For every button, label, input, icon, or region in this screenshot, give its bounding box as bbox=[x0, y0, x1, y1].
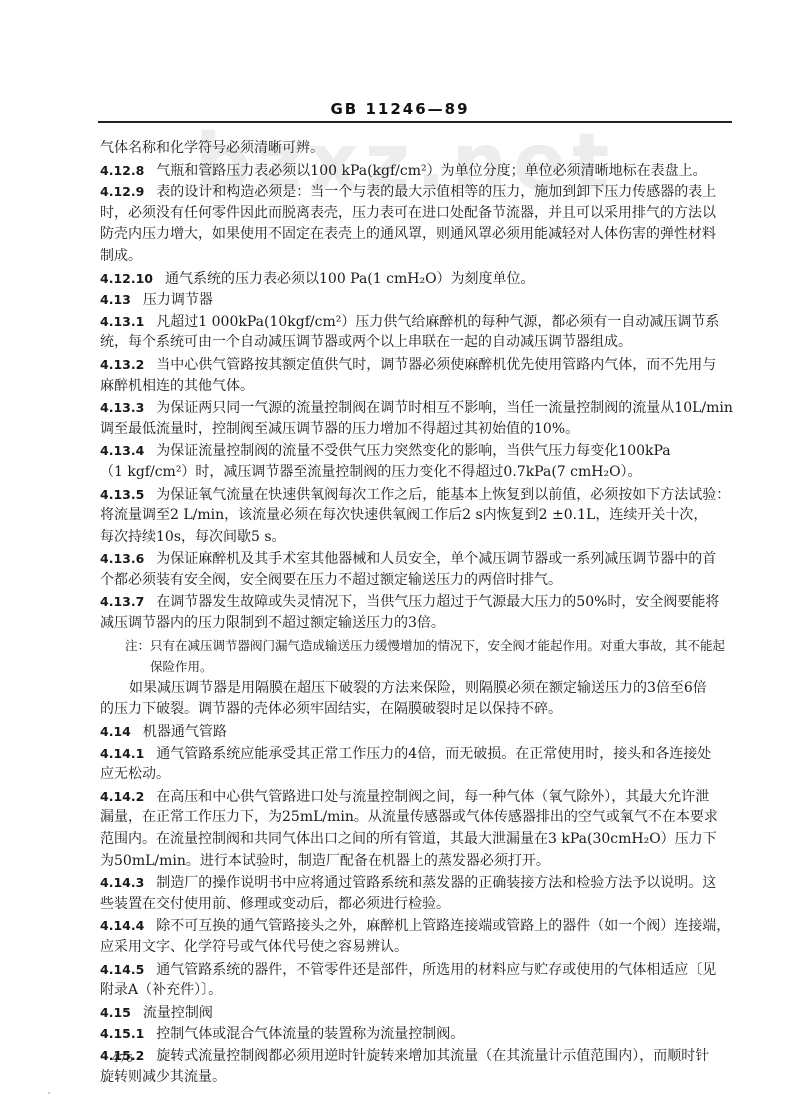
line-text: 制造厂的操作说明书中应将通过管路系统和蒸发器的正确装接方法和检验方法予以说明。这 bbox=[156, 875, 716, 891]
line-text: 除不可互换的通气管路接头之外，麻醉机上管路连接端或管路上的器件（如一个阀）连接端… bbox=[156, 918, 730, 934]
line-text: 调至最低流量时，控制阀至减压调节器的压力增加不得超过其初始值的10%。 bbox=[100, 421, 579, 437]
clause-number: 4.15.1 bbox=[100, 1023, 144, 1045]
text-line: 注：只有在减压调节器阀门漏气造成输送压力缓慢增加的情况下，安全阀才能起作用。对重… bbox=[100, 635, 728, 657]
clause-number: 4.14.1 bbox=[100, 743, 144, 765]
line-text: （1 kgf/cm²）时，减压调节器至流量控制阀的压力变化不得超过0.7kPa(… bbox=[100, 464, 642, 480]
clause-number: 4.13.6 bbox=[100, 548, 144, 570]
text-line: 防壳内压力增大，如果使用不固定在表壳上的通风罩，则通风罩必须用能减轻对人体伤害的… bbox=[100, 224, 728, 246]
scan-speck bbox=[48, 1092, 50, 1094]
line-text: 制成。 bbox=[100, 248, 142, 264]
standard-code-header: GB 11246—89 bbox=[0, 100, 800, 118]
clause-line: 4.14.3制造厂的操作说明书中应将通过管路系统和蒸发器的正确装接方法和检验方法… bbox=[100, 872, 728, 894]
text-line: 个都必须装有安全阀，安全阀要在压力不超过额定输送压力的两倍时排气。 bbox=[100, 570, 728, 592]
line-text: 通气系统的压力表必须以100 Pa(1 cmH₂O）为刻度单位。 bbox=[165, 271, 535, 287]
clause-number: 4.13.5 bbox=[100, 484, 144, 506]
line-text: 旋转则减少其流量。 bbox=[100, 1069, 226, 1085]
clause-line: 4.15流量控制阀 bbox=[100, 1002, 728, 1024]
line-text: 气瓶和管路压力表必须以100 kPa(kgf/cm²）为单位分度；单位必须清晰地… bbox=[156, 163, 706, 179]
clause-number: 4.14.5 bbox=[100, 959, 144, 981]
clause-line: 4.15.1控制气体或混合气体流量的装置称为流量控制阀。 bbox=[100, 1023, 728, 1045]
text-line: （1 kgf/cm²）时，减压调节器至流量控制阀的压力变化不得超过0.7kPa(… bbox=[100, 462, 728, 484]
clause-number: 4.12.8 bbox=[100, 160, 144, 182]
text-line: 每次持续10s，每次间歇5 s。 bbox=[100, 527, 728, 549]
clause-line: 4.14.5通气管路系统的器件，不管零件还是部件，所选用的材料应与贮存或使用的气… bbox=[100, 959, 728, 981]
line-text: 机器通气管路 bbox=[143, 724, 227, 740]
line-text: 保险作用。 bbox=[150, 659, 213, 674]
line-text: 表的设计和构造必须是：当一个与表的最大示值相等的压力，施加到卸下压力传感器的表上 bbox=[156, 184, 716, 200]
clause-line: 4.14.2在高压和中心供气管路进口处与流量控制阀之间，每一种气体（氧气除外），… bbox=[100, 786, 728, 808]
line-text: 流量控制阀 bbox=[143, 1005, 213, 1021]
line-text: 为保证流量控制阀的流量不受供气压力突然变化的影响，当供气压力每变化100kPa bbox=[156, 443, 670, 459]
text-line: 时，必须没有任何零件因此而脱离表壳，压力表可在进口处配备节流器，并且可以采用排气… bbox=[100, 203, 728, 225]
line-text: 时，必须没有任何零件因此而脱离表壳，压力表可在进口处配备节流器，并且可以采用排气… bbox=[100, 205, 716, 221]
clause-line: 4.12.9表的设计和构造必须是：当一个与表的最大示值相等的压力，施加到卸下压力… bbox=[100, 181, 728, 203]
clause-number: 4.13.7 bbox=[100, 591, 144, 613]
line-text: 压力调节器 bbox=[143, 292, 213, 308]
text-line: 麻醉机相连的其他气体。 bbox=[100, 376, 728, 398]
clause-line: 4.13.7在调节器发生故障或失灵情况下，当供气压力超过于气源最大压力的50%时… bbox=[100, 591, 728, 613]
text-line: 为50mL/min。进行本试验时，制造厂配备在机器上的蒸发器必须打开。 bbox=[100, 851, 728, 873]
line-text: 旋转式流量控制阀都必须用逆时针旋转来增加其流量（在其流量计示值范围内），而顺时针 bbox=[156, 1048, 709, 1064]
clause-number: 4.12.10 bbox=[100, 268, 153, 290]
line-text: 统，每个系统可由一个自动减压调节器或两个以上串联在一起的自动减压调节器组成。 bbox=[100, 334, 632, 350]
clause-line: 4.13.1凡超过1 000kPa(10kgf/cm²）压力供气给麻醉机的每种气… bbox=[100, 311, 728, 333]
line-text: 麻醉机相连的其他气体。 bbox=[100, 378, 254, 394]
line-text: 控制气体或混合气体流量的装置称为流量控制阀。 bbox=[156, 1026, 464, 1042]
line-text: 漏量，在正常工作压力下，为25mL/min。从流量传感器或气体传感器排出的空气或… bbox=[100, 809, 718, 825]
line-text: 气体名称和化学符号必须清晰可辨。 bbox=[100, 140, 324, 156]
clause-line: 4.13.2当中心供气管路按其额定值供气时，调节器必须使麻醉机优先使用管路内气体… bbox=[100, 354, 728, 376]
clause-line: 4.14机器通气管路 bbox=[100, 721, 728, 743]
clause-number: 4.13.3 bbox=[100, 397, 144, 419]
text-line: 漏量，在正常工作压力下，为25mL/min。从流量传感器或气体传感器排出的空气或… bbox=[100, 807, 728, 829]
header-rule bbox=[98, 121, 732, 123]
text-line: 些装置在交付使用前、修理或变动后，都必须进行检验。 bbox=[100, 894, 728, 916]
clause-line: 4.13.5为保证氧气流量在快速供氧阀每次工作之后，能基本上恢复到以前值，必须按… bbox=[100, 484, 728, 506]
clause-number: 4.13.4 bbox=[100, 440, 144, 462]
line-text: 些装置在交付使用前、修理或变动后，都必须进行检验。 bbox=[100, 896, 450, 912]
text-line: 气体名称和化学符号必须清晰可辨。 bbox=[100, 138, 728, 160]
line-text: 为保证两只同一气源的流量控制阀在调节时相互不影响，当任一流量控制阀的流量从10L… bbox=[156, 400, 733, 416]
clause-line: 4.13压力调节器 bbox=[100, 289, 728, 311]
text-line: 附录A（补充件）〕。 bbox=[100, 980, 728, 1002]
clause-number: 4.14.3 bbox=[100, 872, 144, 894]
clause-line: 4.12.10通气系统的压力表必须以100 Pa(1 cmH₂O）为刻度单位。 bbox=[100, 268, 728, 290]
line-text: 通气管路系统应能承受其正常工作压力的4倍，而无破损。在正常使用时，接头和各连接处 bbox=[156, 746, 711, 762]
text-line: 范围内。在流量控制阀和共同气体出口之间的所有管道，其最大泄漏量在3 kPa(30… bbox=[100, 829, 728, 851]
line-text: 每次持续10s，每次间歇5 s。 bbox=[100, 529, 286, 545]
clause-number: 4.13.1 bbox=[100, 311, 144, 333]
line-text: 将流量调至2 L/min，该流量必须在每次快速供氧阀工作后2 s内恢复到2 ±0… bbox=[100, 507, 707, 523]
line-text: 附录A（补充件）〕。 bbox=[100, 982, 222, 998]
text-line: 应采用文字、化学符号或气体代号使之容易辨认。 bbox=[100, 937, 728, 959]
document-body: 气体名称和化学符号必须清晰可辨。4.12.8气瓶和管路压力表必须以100 kPa… bbox=[100, 138, 728, 1088]
line-text: 注：只有在减压调节器阀门漏气造成输送压力缓慢增加的情况下，安全阀才能起作用。对重… bbox=[125, 638, 725, 653]
line-text: 防壳内压力增大，如果使用不固定在表壳上的通风罩，则通风罩必须用能减轻对人体伤害的… bbox=[100, 226, 716, 242]
line-text: 为保证麻醉机及其手术室其他器械和人员安全，单个减压调节器或一系列减压调节器中的首 bbox=[156, 551, 716, 567]
line-text: 的压力下破裂。调节器的壳体必须牢固结实，在隔膜破裂时足以保持不碎。 bbox=[100, 701, 562, 717]
clause-line: 4.13.4为保证流量控制阀的流量不受供气压力突然变化的影响，当供气压力每变化1… bbox=[100, 440, 728, 462]
clause-number: 4.15.2 bbox=[100, 1045, 144, 1067]
text-line: 应无松动。 bbox=[100, 764, 728, 786]
text-line: 制成。 bbox=[100, 246, 728, 268]
line-text: 为保证氧气流量在快速供氧阀每次工作之后，能基本上恢复到以前值，必须按如下方法试验… bbox=[156, 487, 730, 503]
clause-number: 4.14 bbox=[100, 721, 131, 743]
text-line: 保险作用。 bbox=[100, 656, 728, 678]
clause-number: 4.15 bbox=[100, 1002, 131, 1024]
text-line: 减压调节器内的压力限制到不超过额定输送压力的3倍。 bbox=[100, 613, 728, 635]
text-line: 调至最低流量时，控制阀至减压调节器的压力增加不得超过其初始值的10%。 bbox=[100, 419, 728, 441]
line-text: 当中心供气管路按其额定值供气时，调节器必须使麻醉机优先使用管路内气体，而不先用与 bbox=[156, 357, 716, 373]
clause-number: 4.13.2 bbox=[100, 354, 144, 376]
clause-line: 4.13.6为保证麻醉机及其手术室其他器械和人员安全，单个减压调节器或一系列减压… bbox=[100, 548, 728, 570]
line-text: 凡超过1 000kPa(10kgf/cm²）压力供气给麻醉机的每种气源，都必须有… bbox=[156, 314, 719, 330]
clause-number: 4.13 bbox=[100, 289, 131, 311]
clause-number: 4.14.2 bbox=[100, 786, 144, 808]
line-text: 应采用文字、化学符号或气体代号使之容易辨认。 bbox=[100, 939, 408, 955]
text-line: 将流量调至2 L/min，该流量必须在每次快速供氧阀工作后2 s内恢复到2 ±0… bbox=[100, 505, 728, 527]
line-text: 个都必须装有安全阀，安全阀要在压力不超过额定输送压力的两倍时排气。 bbox=[100, 572, 562, 588]
text-line: 旋转则减少其流量。 bbox=[100, 1067, 728, 1089]
line-text: 在调节器发生故障或失灵情况下，当供气压力超过于气源最大压力的50%时，安全阀要能… bbox=[156, 594, 719, 610]
clause-number: 4.12.9 bbox=[100, 181, 144, 203]
line-text: 为50mL/min。进行本试验时，制造厂配备在机器上的蒸发器必须打开。 bbox=[100, 853, 550, 869]
line-text: 减压调节器内的压力限制到不超过额定输送压力的3倍。 bbox=[100, 615, 445, 631]
line-text: 范围内。在流量控制阀和共同气体出口之间的所有管道，其最大泄漏量在3 kPa(30… bbox=[100, 831, 717, 847]
line-text: 通气管路系统的器件，不管零件还是部件，所选用的材料应与贮存或使用的气体相适应〔见 bbox=[156, 962, 716, 978]
clause-line: 4.14.4除不可互换的通气管路接头之外，麻醉机上管路连接端或管路上的器件（如一… bbox=[100, 915, 728, 937]
line-text: 如果减压调节器是用隔膜在超压下破裂的方法来保险，则隔膜必须在额定输送压力的3倍至… bbox=[129, 680, 707, 696]
clause-line: 4.13.3为保证两只同一气源的流量控制阀在调节时相互不影响，当任一流量控制阀的… bbox=[100, 397, 728, 419]
clause-number: 4.14.4 bbox=[100, 915, 144, 937]
text-line: 统，每个系统可由一个自动减压调节器或两个以上串联在一起的自动减压调节器组成。 bbox=[100, 332, 728, 354]
clause-line: 4.15.2旋转式流量控制阀都必须用逆时针旋转来增加其流量（在其流量计示值范围内… bbox=[100, 1045, 728, 1067]
line-text: 在高压和中心供气管路进口处与流量控制阀之间，每一种气体（氧气除外），其最大允许泄 bbox=[156, 789, 709, 805]
clause-line: 4.12.8气瓶和管路压力表必须以100 kPa(kgf/cm²）为单位分度；单… bbox=[100, 160, 728, 182]
text-line: 如果减压调节器是用隔膜在超压下破裂的方法来保险，则隔膜必须在额定输送压力的3倍至… bbox=[100, 678, 728, 700]
line-text: 应无松动。 bbox=[100, 766, 170, 782]
text-line: 的压力下破裂。调节器的壳体必须牢固结实，在隔膜破裂时足以保持不碎。 bbox=[100, 699, 728, 721]
clause-line: 4.14.1通气管路系统应能承受其正常工作压力的4倍，而无破损。在正常使用时，接… bbox=[100, 743, 728, 765]
